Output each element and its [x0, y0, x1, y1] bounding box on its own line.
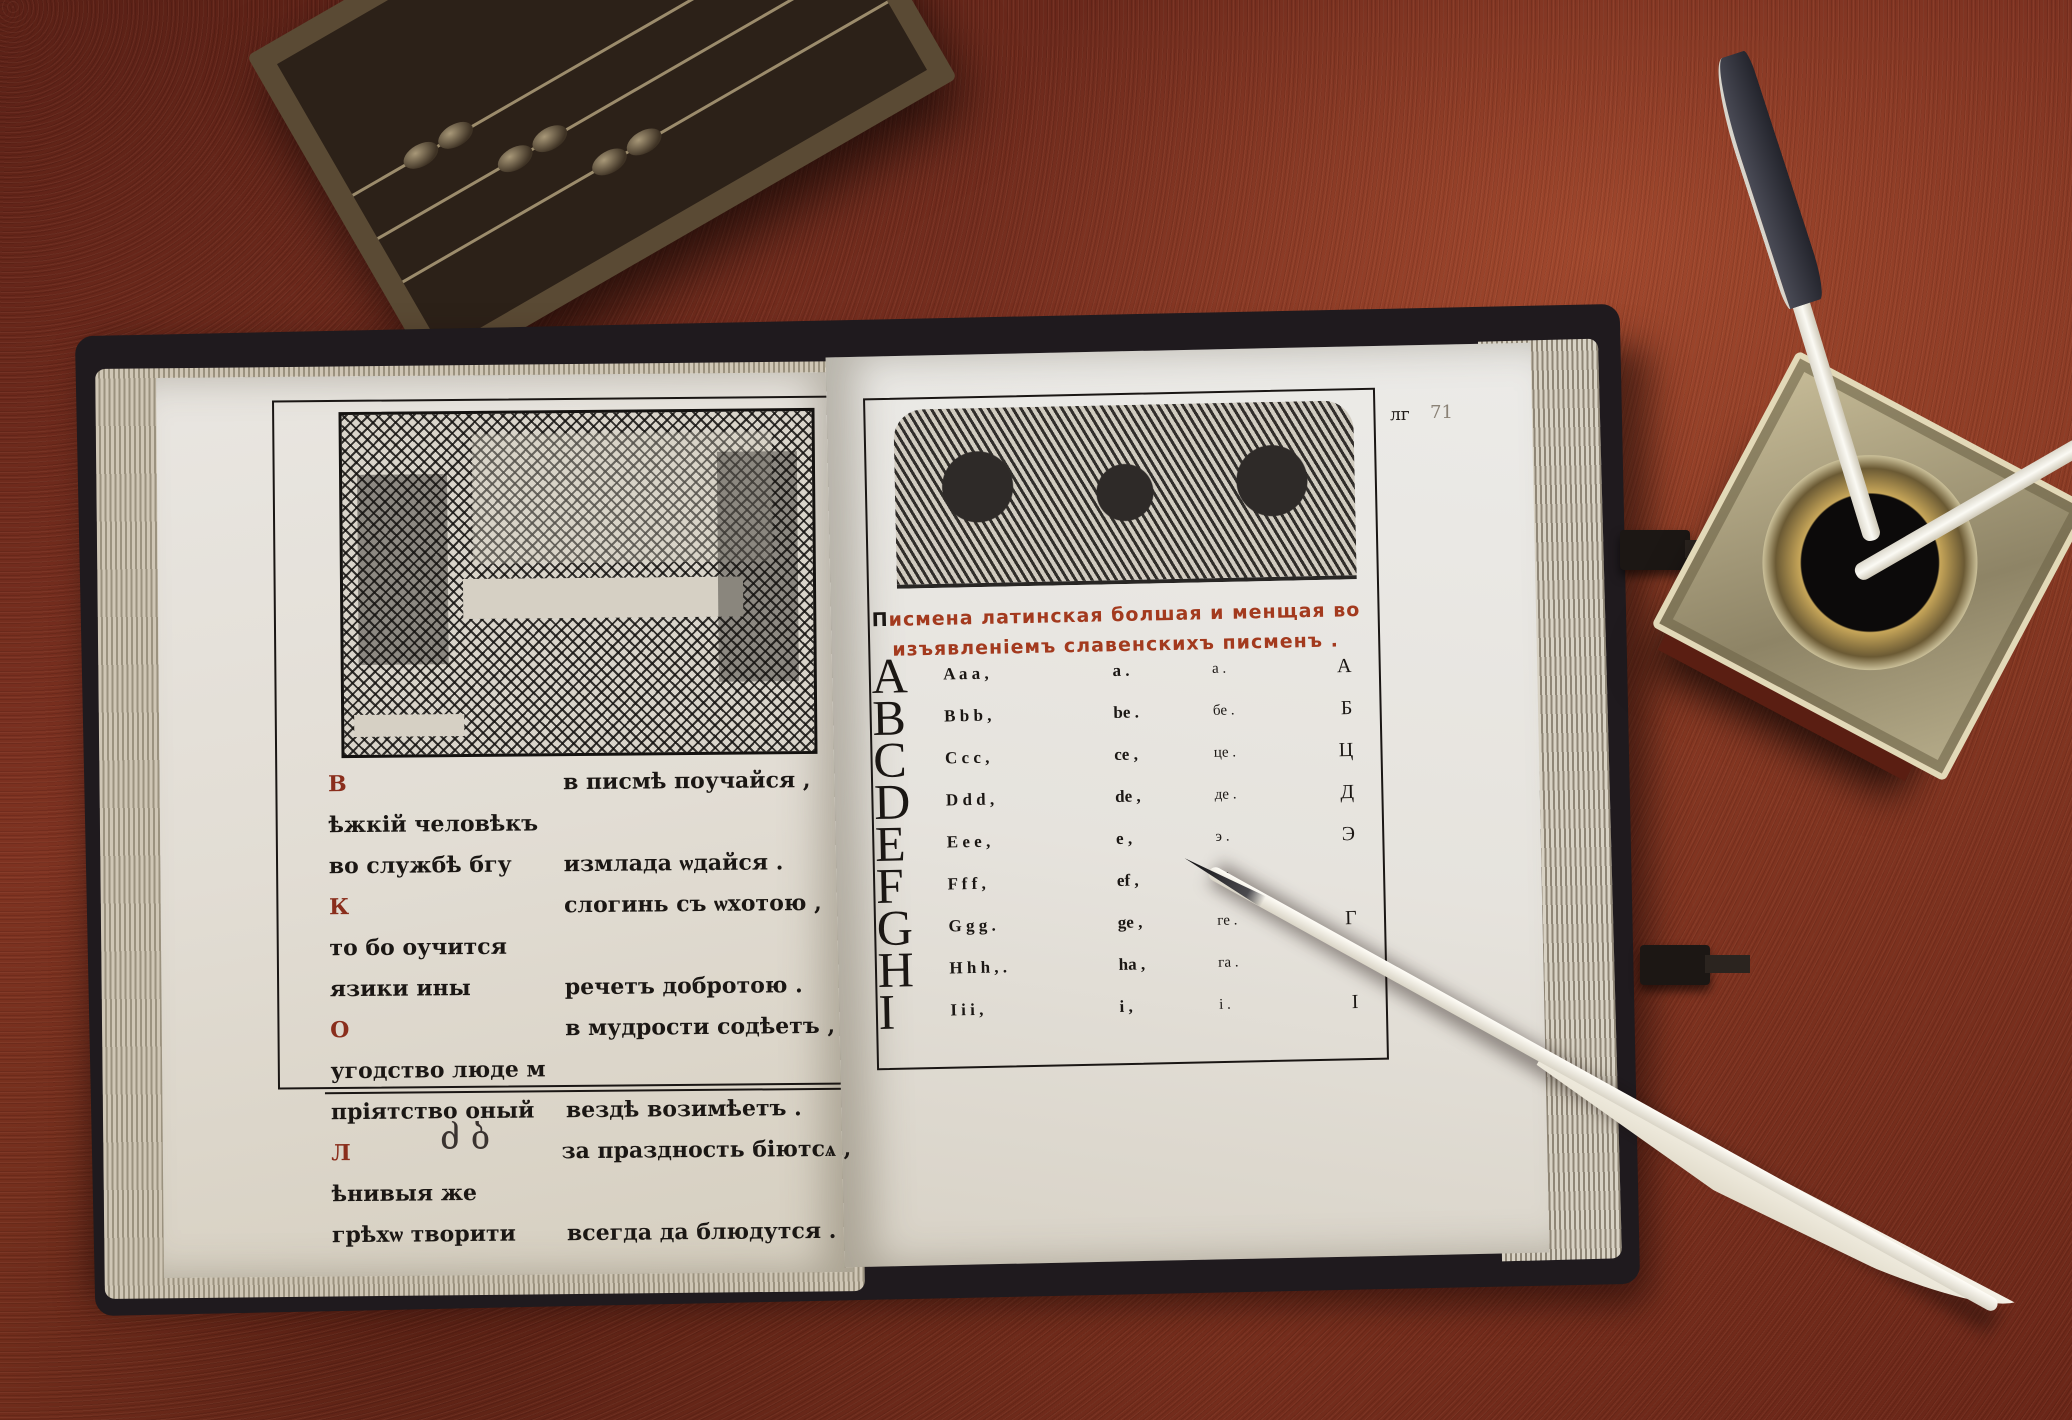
- abacus-bead: [622, 123, 666, 161]
- slavonic-name: i .: [1219, 995, 1299, 1014]
- cyrillic-equivalent: Б: [1292, 697, 1352, 721]
- letter-forms: E e e ,: [925, 829, 1117, 853]
- desk-scene: Вѣжкiй человѣкъ в писмѣ поучайся , во сл…: [0, 0, 2072, 1420]
- cyrillic-equivalent: А: [1291, 655, 1351, 679]
- letter-name: be .: [1113, 701, 1213, 723]
- verse-line: Кто бо оучится слогинь съ ѡхотою ,: [329, 883, 850, 970]
- pencil-page-number: 71: [1430, 402, 1453, 423]
- handwritten-marks: ძ ბ: [440, 1118, 490, 1158]
- letter-forms: G g g .: [926, 913, 1118, 937]
- letter-name: ce ,: [1114, 743, 1214, 765]
- slavonic-name: а .: [1212, 659, 1292, 678]
- verse-line: Вѣжкiй человѣкъ в писмѣ поучайся ,: [328, 760, 849, 847]
- verse-text: то бо оучится: [329, 926, 564, 969]
- verse-line: язики ины речетъ добротою .: [330, 965, 850, 1011]
- abacus-bead: [399, 136, 443, 174]
- letter-name: a .: [1112, 659, 1212, 681]
- letter-name: ge ,: [1118, 911, 1218, 933]
- heading-initial: П: [872, 609, 889, 631]
- verse-text: в писмѣ поучайся ,: [563, 760, 849, 844]
- verse-text: ѣнивыя же: [331, 1172, 562, 1215]
- verse-text: всегда да блюдутся .: [567, 1211, 852, 1254]
- verse-line: Лѣнивыя же за праздность бiютсѧ ,: [331, 1129, 852, 1216]
- verse-text: грѣхѡ творити: [332, 1213, 567, 1256]
- slavonic-name: э .: [1215, 827, 1295, 846]
- letter-name: ha ,: [1118, 953, 1218, 975]
- cyrillic-equivalent: I: [1299, 990, 1359, 1014]
- verse-text: речетъ добротою .: [565, 965, 850, 1008]
- capital-letter: I: [878, 990, 929, 1033]
- slavonic-name: га .: [1218, 953, 1298, 972]
- letter-forms: F f f ,: [925, 871, 1117, 895]
- cyrillic-equivalent: Э: [1295, 822, 1355, 846]
- verse-text: ѣжкiй человѣкъ: [328, 803, 563, 846]
- letter-forms: A a a ,: [921, 661, 1113, 685]
- letter-name: de ,: [1115, 785, 1215, 807]
- bench: [354, 714, 464, 737]
- verse-text: слогинь съ ѡхотою ,: [564, 883, 850, 967]
- page-number: лг: [1390, 405, 1410, 425]
- book-clasp-top: [1620, 530, 1690, 570]
- verse-line: прiятство оный вездѣ возимѣетъ .: [331, 1088, 851, 1134]
- slavonic-name: де .: [1215, 785, 1295, 804]
- verse-text: за праздность бiютсѧ ,: [561, 1129, 851, 1214]
- letter-forms: D d d ,: [924, 787, 1116, 811]
- letter-name: i ,: [1119, 995, 1219, 1017]
- letter-forms: C c c ,: [923, 745, 1115, 769]
- seated-elder-figure: [717, 451, 799, 682]
- verse-text: в мудрости содѣетъ ,: [565, 1006, 851, 1090]
- woodcut-illustration: [338, 408, 817, 758]
- left-page-verse: Вѣжкiй человѣкъ в писмѣ поучайся , во сл…: [328, 760, 852, 1257]
- latin-alphabet-table: A A a a , a . а . А B B b b , be . бе . …: [871, 645, 1359, 1033]
- letter-forms: H h h , .: [927, 955, 1119, 979]
- verse-line: грѣхѡ творити всегда да блюдутся .: [332, 1211, 852, 1257]
- verse-text: язики ины: [330, 967, 565, 1010]
- red-initial: О: [330, 1008, 565, 1051]
- abacus-bead: [528, 120, 572, 158]
- ornamental-headpiece: [893, 400, 1357, 589]
- verse-line: во службѣ бгу измлада ѡдайся .: [329, 842, 849, 888]
- verse-text: измлада ѡдайся .: [564, 842, 849, 885]
- letter-name: e ,: [1116, 827, 1216, 849]
- table-top: [463, 577, 743, 619]
- clasp-pin: [1705, 955, 1750, 973]
- verse-text: во службѣ бгу: [329, 844, 564, 887]
- letter-forms: B b b ,: [922, 703, 1114, 727]
- book-clasp-bottom: [1640, 945, 1710, 985]
- cyrillic-equivalent: [1296, 876, 1356, 877]
- abacus-bead: [434, 116, 478, 154]
- cyrillic-equivalent: Д: [1294, 780, 1354, 804]
- abacus-bead: [588, 143, 632, 181]
- cyrillic-equivalent: Ц: [1293, 738, 1353, 762]
- verse-line: Оугодство люде м в мудрости содѣетъ ,: [330, 1006, 851, 1093]
- verse-text: вездѣ возимѣетъ .: [566, 1088, 851, 1131]
- slavonic-name: бе .: [1213, 701, 1293, 720]
- red-initial: В: [328, 762, 563, 805]
- letter-forms: I i i ,: [928, 997, 1120, 1021]
- teacher-figure: [357, 474, 449, 665]
- slavonic-name: це .: [1214, 743, 1294, 762]
- abacus-bead: [493, 140, 537, 178]
- red-initial: К: [329, 885, 564, 928]
- verse-text: угодство люде м: [330, 1049, 565, 1092]
